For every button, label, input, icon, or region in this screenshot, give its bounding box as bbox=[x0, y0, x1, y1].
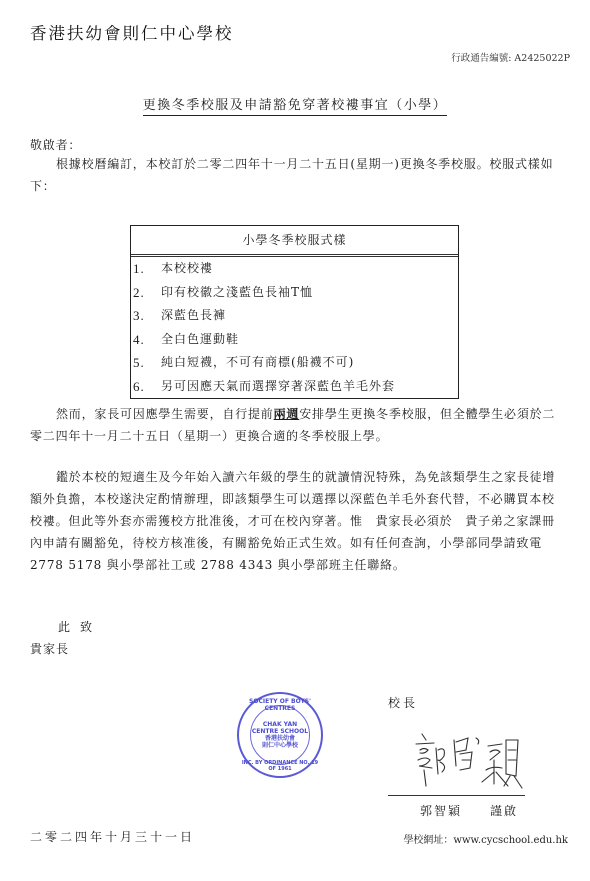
handwritten-signature-icon bbox=[410, 726, 530, 796]
title-text: 更換冬季校服及申請豁免穿著校褸事宜（小學） bbox=[143, 98, 448, 116]
item-text: 純白短襪，不可有商標(船襪不可) bbox=[161, 351, 354, 375]
item-text: 深藍色長褲 bbox=[161, 304, 226, 328]
stamp-center: CHAK YAN CENTRE SCHOOL 香港扶幼會 則仁中心學校 bbox=[250, 705, 310, 765]
item-number: 3. bbox=[131, 304, 161, 328]
stamp-ring-bottom: INC. BY ORDINANCE NO. 19 OF 1961 bbox=[239, 760, 321, 772]
stamp-en2: CENTRE SCHOOL bbox=[252, 728, 308, 735]
stamp-ring-top: SOCIETY OF BOYS' CENTRES bbox=[239, 698, 321, 712]
closing-line: 此致 bbox=[58, 618, 102, 635]
stamp-zh1: 香港扶幼會 bbox=[265, 735, 295, 742]
signature-line bbox=[388, 795, 525, 796]
school-website: 學校網址：www.cycschool.edu.hk bbox=[403, 831, 568, 846]
item-text: 另可因應天氣而選擇穿著深藍色羊毛外套 bbox=[161, 375, 395, 399]
paragraph-early-change: 然而，家長可因應學生需要，自行提前兩週安排學生更換冬季校服，但全體學生必須於二零… bbox=[30, 403, 565, 447]
item-number: 4. bbox=[131, 328, 161, 352]
notice-number: 行政通告編號: A2425022P bbox=[451, 50, 570, 64]
item-number: 6. bbox=[131, 375, 161, 399]
signer-name: 郭智穎 謹啟 bbox=[420, 802, 518, 819]
table-row: 5.純白短襪，不可有商標(船襪不可) bbox=[131, 351, 458, 375]
table-row: 1.本校校褸 bbox=[131, 257, 458, 281]
table-row: 6.另可因應天氣而選擇穿著深藍色羊毛外套 bbox=[131, 375, 458, 399]
item-number: 1. bbox=[131, 257, 161, 281]
item-text: 全白色運動鞋 bbox=[161, 328, 239, 352]
item-number: 2. bbox=[131, 281, 161, 305]
document-title: 更換冬季校服及申請豁免穿著校褸事宜（小學） bbox=[0, 94, 590, 113]
issue-date: 二零二四年十月三十一日 bbox=[30, 828, 195, 845]
principal-title: 校長 bbox=[388, 694, 418, 711]
item-text: 本校校褸 bbox=[161, 257, 213, 281]
paragraph-uniform-change: 根據校曆編訂，本校訂於二零二四年十一月二十五日(星期一)更換冬季校服。校服式樣如… bbox=[30, 153, 565, 197]
item-number: 5. bbox=[131, 351, 161, 375]
uniform-table: 小學冬季校服式樣 1.本校校褸 2.印有校徽之淺藍色長袖T恤 3.深藍色長褲 4… bbox=[130, 225, 459, 399]
stamp-en1: CHAK YAN bbox=[263, 721, 297, 728]
p2-emphasis: 兩週 bbox=[274, 407, 300, 421]
item-text: 印有校徽之淺藍色長袖T恤 bbox=[161, 281, 313, 305]
stamp-zh2: 則仁中心學校 bbox=[262, 742, 298, 749]
table-row: 2.印有校徽之淺藍色長袖T恤 bbox=[131, 281, 458, 305]
table-row: 4.全白色運動鞋 bbox=[131, 328, 458, 352]
p2-before: 然而，家長可因應學生需要，自行提前 bbox=[56, 407, 274, 421]
school-name: 香港扶幼會則仁中心學校 bbox=[30, 20, 234, 44]
table-row: 3.深藍色長褲 bbox=[131, 304, 458, 328]
closing-recipient: 貴家長 bbox=[30, 640, 69, 657]
uniform-table-header: 小學冬季校服式樣 bbox=[131, 226, 458, 257]
paragraph-exemption: 鑑於本校的短適生及今年始入讀六年級的學生的就讀情況特殊，為免該類學生之家長徒增額… bbox=[30, 466, 565, 576]
school-stamp: SOCIETY OF BOYS' CENTRES CHAK YAN CENTRE… bbox=[237, 692, 323, 778]
